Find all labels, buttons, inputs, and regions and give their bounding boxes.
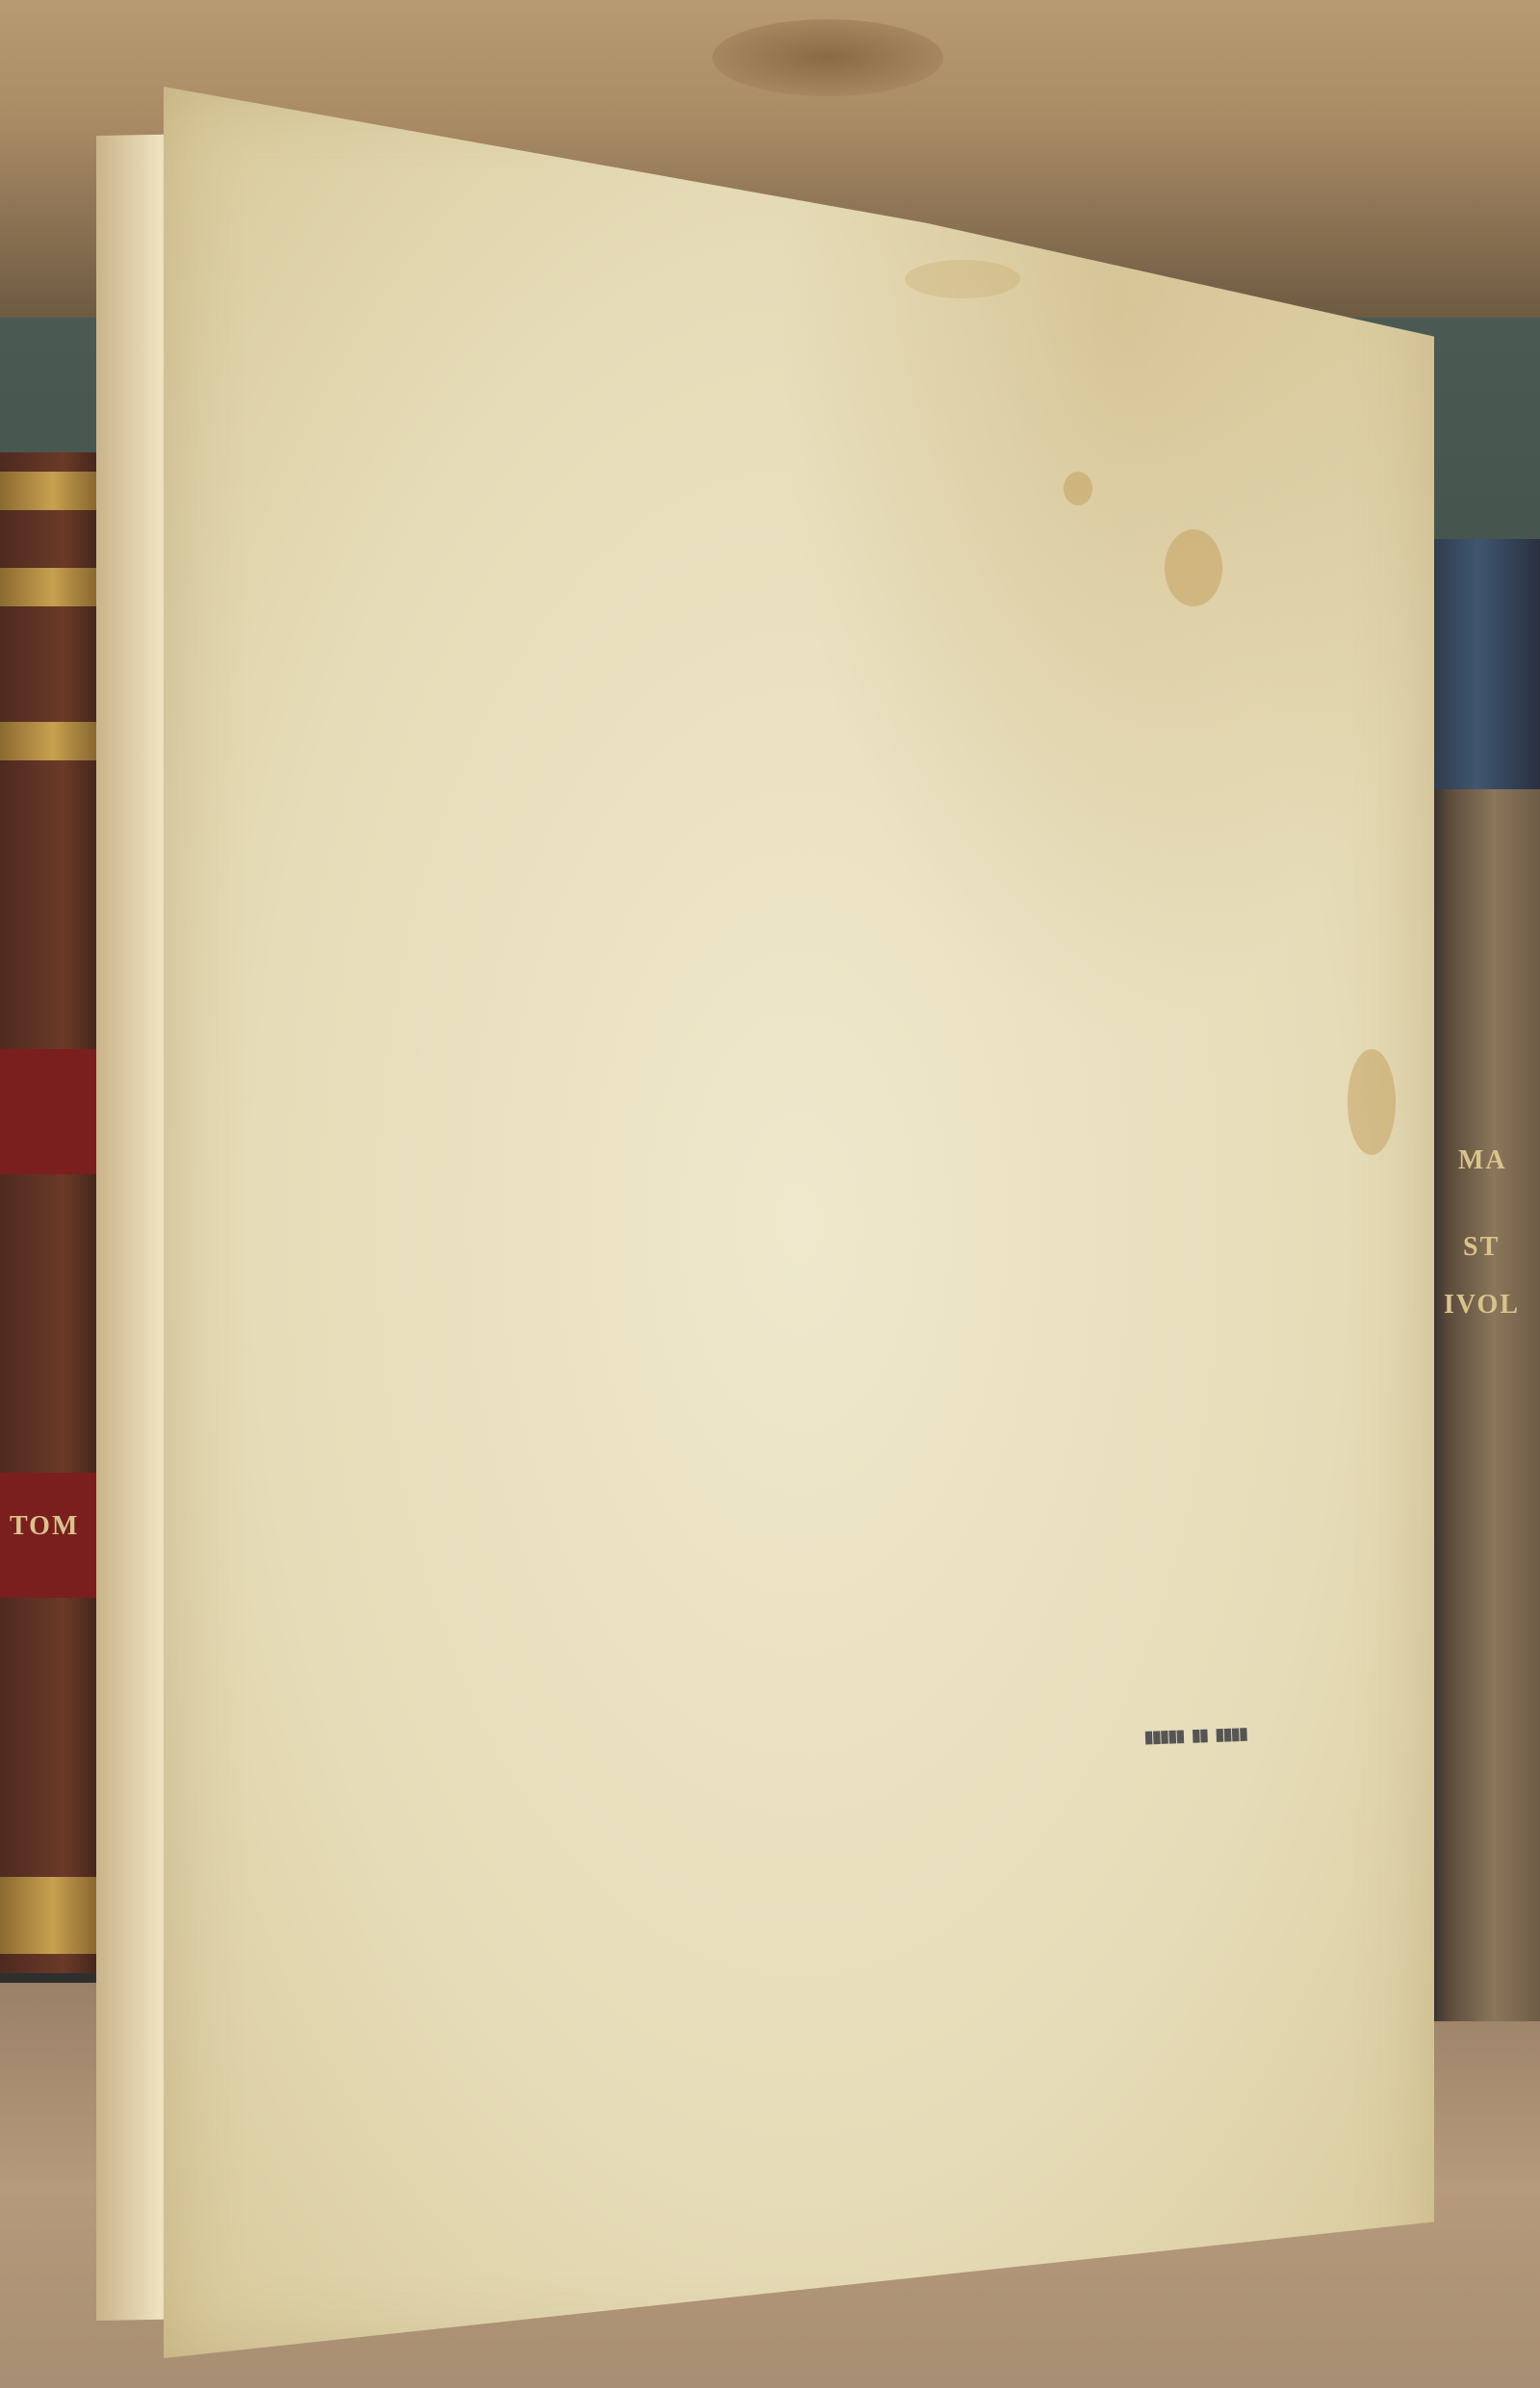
gilt-band: [0, 1877, 106, 1954]
stain: [1347, 1049, 1396, 1155]
spine-label: TOM: [0, 1473, 106, 1598]
spine-text-tom: TOM: [10, 1511, 79, 1542]
spine-label: [0, 1049, 106, 1174]
stain: [1165, 529, 1222, 606]
gilt-band: [0, 472, 106, 510]
gilt-band: [0, 568, 106, 606]
spine-text: ST: [1463, 1232, 1500, 1263]
left-books: TOM: [0, 452, 106, 1973]
book-back-cover: [164, 87, 1434, 2358]
stain: [905, 260, 1020, 298]
wood-knot: [712, 19, 943, 96]
gilt-band: [0, 722, 106, 760]
spine-text: IVOL: [1444, 1290, 1520, 1321]
right-books: MA ST IVOL: [1424, 789, 1540, 2021]
stain: [1064, 472, 1092, 505]
spine-text: MA: [1458, 1145, 1507, 1176]
